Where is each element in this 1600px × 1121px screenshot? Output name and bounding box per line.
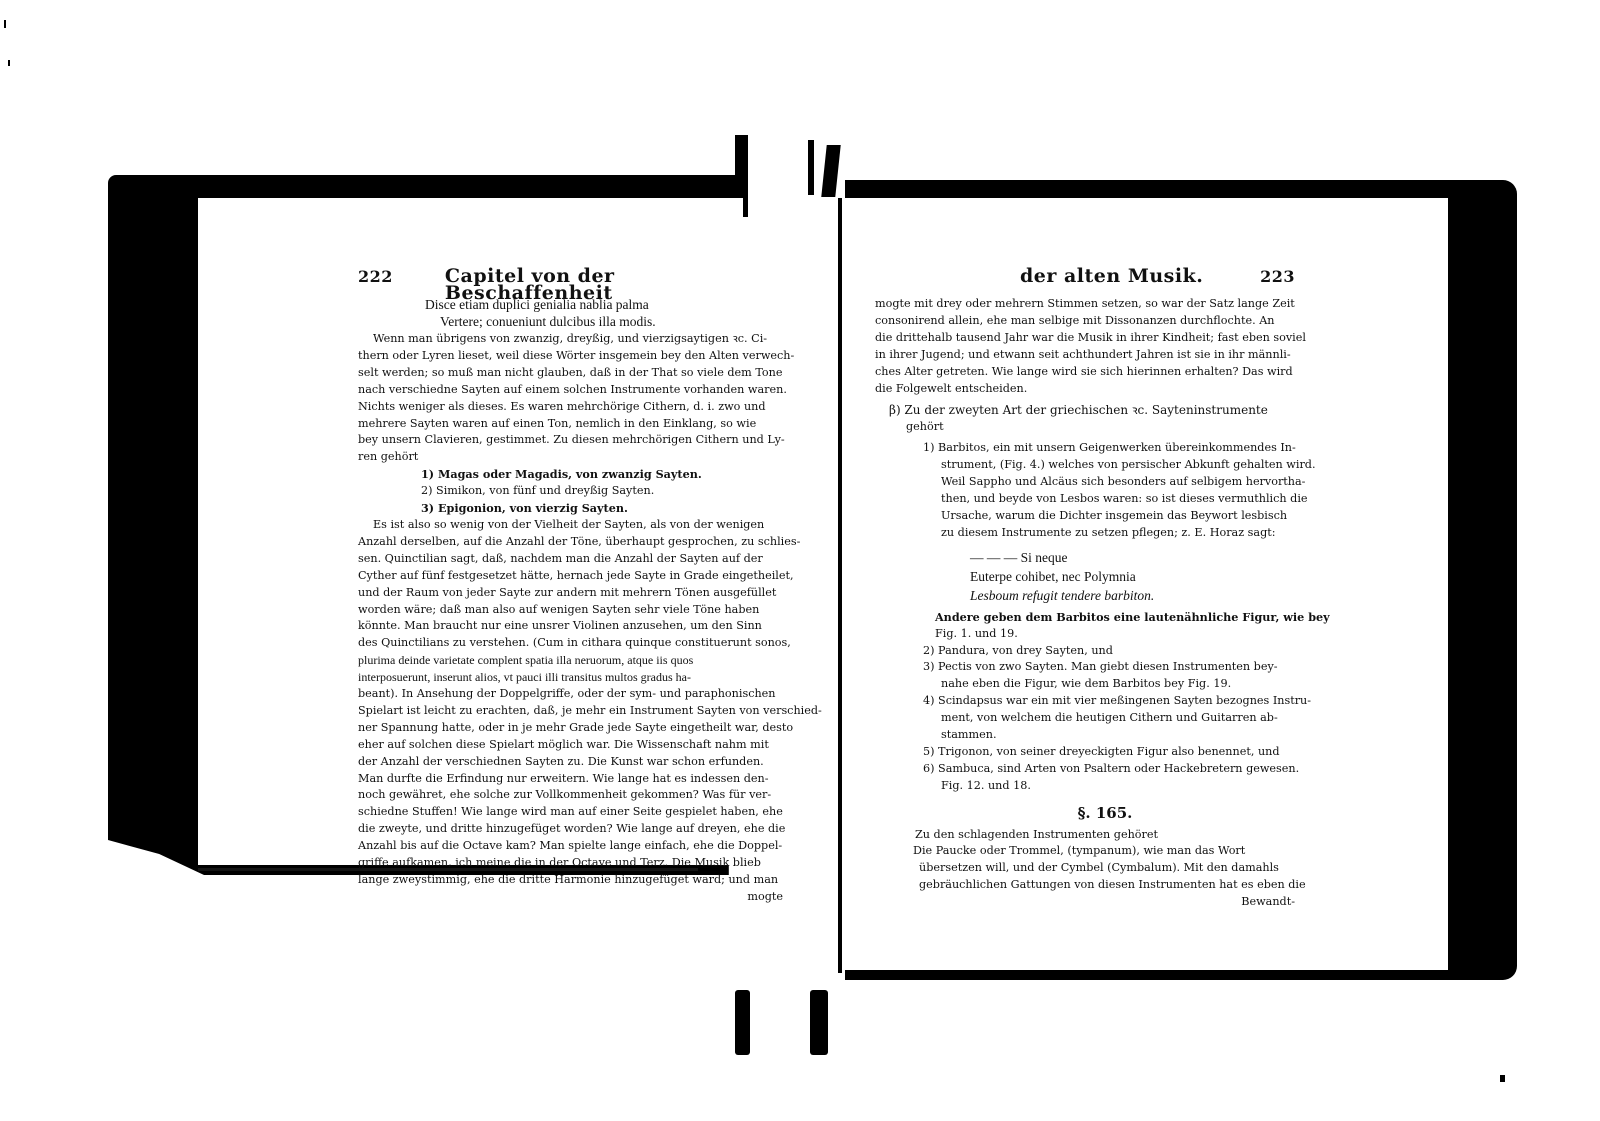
instrument-list: 1) Magas oder Magadis, von zwanzig Sayte… <box>421 466 788 517</box>
text-line: Es ist also so wenig von der Vielheit de… <box>358 517 788 534</box>
text-line: ren gehört <box>358 449 788 466</box>
list-item: 1) Magas oder Magadis, von zwanzig Sayte… <box>421 466 788 483</box>
horace-quote: — — — Si neque Euterpe cohibet, nec Poly… <box>970 548 1295 605</box>
paragraph: Wenn man übrigens von zwanzig, dreyßig, … <box>358 331 788 466</box>
text-line: eher auf solchen diese Spielart möglich … <box>358 737 788 754</box>
text-line: sen. Quinctilian sagt, daß, nachdem man … <box>358 551 788 568</box>
text-line: interposuerunt, inserunt alios, vt pauci… <box>358 669 788 686</box>
text-line: übersetzen will, und der Cymbel (Cymbalu… <box>919 860 1295 877</box>
scan-speck <box>4 20 6 28</box>
text-line: könnte. Man braucht nur eine unsrer Viol… <box>358 618 788 635</box>
list-item-continued: nahe eben die Figur, wie dem Barbitos be… <box>941 676 1295 693</box>
page-number: 223 <box>1260 269 1295 286</box>
gutter-mark <box>735 990 750 1055</box>
text-line: mogte mit drey oder mehrern Stimmen setz… <box>875 296 1295 313</box>
text-line: nach verschiedne Sayten auf einem solche… <box>358 382 788 399</box>
right-page-content: der alten Musik. 223 mogte mit drey oder… <box>875 268 1295 911</box>
text-line: gebräuchlichen Gattungen von diesen Inst… <box>919 877 1295 894</box>
list-item: 6) Sambuca, sind Arten von Psaltern oder… <box>923 761 1295 778</box>
verse-line: Vertere; conueniunt dulcibus illa modis. <box>440 314 788 331</box>
text-line: zu diesem Instrumente zu setzen pflegen;… <box>941 525 1295 542</box>
text-line: in ihrer Jugend; und etwann seit achthun… <box>875 347 1295 364</box>
text-line: beant). In Ansehung der Doppelgriffe, od… <box>358 686 788 703</box>
verse-line: Lesboum refugit tendere barbiton. <box>970 586 1295 605</box>
text-line: ner Spannung hatte, oder in je mehr Grad… <box>358 720 788 737</box>
text-line: Cyther auf fünf festgesetzet hätte, hern… <box>358 568 788 585</box>
text-line: strument, (Fig. 4.) welches von persisch… <box>941 457 1295 474</box>
paragraph: Es ist also so wenig von der Vielheit de… <box>358 517 788 889</box>
text-line: die drittehalb tausend Jahr war die Musi… <box>875 330 1295 347</box>
text-line: Nichts weniger als dieses. Es waren mehr… <box>358 399 788 416</box>
barbitos-item: 1) Barbitos, ein mit unsern Geigenwerken… <box>923 440 1295 541</box>
text-line: die Folgewelt entscheiden. <box>875 381 1295 398</box>
text-line: mehrere Sayten waren auf einen Ton, neml… <box>358 416 788 433</box>
text-line: consonirend allein, ehe man selbige mit … <box>875 313 1295 330</box>
right-page-gutter-line <box>838 198 842 973</box>
running-head-title: der alten Musik. <box>1020 268 1203 285</box>
scan-speck <box>8 60 10 66</box>
gutter-mark <box>821 145 840 197</box>
right-running-head: der alten Musik. 223 <box>875 268 1295 292</box>
text-line: Die Paucke oder Trommel, (tympanum), wie… <box>913 843 1295 860</box>
text-line: schiedne Stuffen! Wie lange wird man auf… <box>358 804 788 821</box>
list-item: 2) Pandura, von drey Sayten, und <box>923 643 1295 660</box>
beta-heading: β) Zu der zweyten Art der griechischen ꝛ… <box>889 402 1295 436</box>
gutter-mark <box>810 990 828 1055</box>
text-line: noch gewähret, ehe solche zur Vollkommen… <box>358 787 788 804</box>
list-item: 5) Trigonon, von seiner dreyeckigten Fig… <box>923 744 1295 761</box>
text-line: der Anzahl der verschiednen Sayten zu. D… <box>358 754 788 771</box>
list-item: 2) Simikon, von fünf und dreyßig Sayten. <box>421 483 788 500</box>
gutter-mark <box>808 140 814 195</box>
text-line: 1) Barbitos, ein mit unsern Geigenwerken… <box>923 440 1295 457</box>
paragraph: Die Paucke oder Trommel, (tympanum), wie… <box>913 843 1295 894</box>
catchword: mogte <box>358 889 788 906</box>
list-item-continued: ment, von welchem die heutigen Cithern u… <box>941 710 1295 727</box>
text-line: Man durfte die Erfindung nur erweitern. … <box>358 771 788 788</box>
list-item: 4) Scindapsus war ein mit vier meßingene… <box>923 693 1295 710</box>
text-line: Andere geben dem Barbitos eine lautenähn… <box>935 609 1295 626</box>
section-subheading: Zu den schlagenden Instrumenten gehöret <box>915 827 1295 844</box>
list-item: 3) Epigonion, von vierzig Sayten. <box>421 500 788 517</box>
left-spine-mark <box>735 135 748 195</box>
text-line: Spielart ist leicht zu erachten, daß, je… <box>358 703 788 720</box>
verse-line: Euterpe cohibet, nec Polymnia <box>970 567 1295 586</box>
instrument-list: 2) Pandura, von drey Sayten, und 3) Pect… <box>923 643 1295 795</box>
text-line: des Quinctilians zu verstehen. (Cum in c… <box>358 635 788 652</box>
text-line: und der Raum von jeder Sayte zur andern … <box>358 585 788 602</box>
verse-line: — — — Si neque <box>970 548 1295 567</box>
text-line: β) Zu der zweyten Art der griechischen ꝛ… <box>889 402 1295 419</box>
text-line: griffe aufkamen, ich meine die in der Oc… <box>358 855 788 872</box>
list-item: 3) Pectis von zwo Sayten. Man giebt dies… <box>923 659 1295 676</box>
text-line: ches Alter getreten. Wie lange wird sie … <box>875 364 1295 381</box>
left-running-head: 222 Capitel von der Beschaffenheit <box>358 268 788 292</box>
text-line: plurima deinde varietate complent spatia… <box>358 652 788 669</box>
paragraph: mogte mit drey oder mehrern Stimmen setz… <box>875 296 1295 397</box>
text-line: worden wäre; daß man also auf wenigen Sa… <box>358 602 788 619</box>
list-item-continued: Fig. 12. und 18. <box>941 778 1295 795</box>
latin-verse: Disce etiam duplici genialia nablia palm… <box>425 297 788 330</box>
list-item-continued: stammen. <box>941 727 1295 744</box>
scan-speck <box>1500 1075 1505 1082</box>
text-line: thern oder Lyren lieset, weil diese Wört… <box>358 348 788 365</box>
andere-paragraph: Andere geben dem Barbitos eine lautenähn… <box>935 609 1295 643</box>
section-number: §. 165. <box>915 805 1295 822</box>
text-line: Anzahl bis auf die Octave kam? Man spiel… <box>358 838 788 855</box>
page-number: 222 <box>358 269 393 286</box>
text-line: gehört <box>906 419 1295 436</box>
left-page-content: 222 Capitel von der Beschaffenheit Disce… <box>358 268 788 906</box>
text-line: lange zweystimmig, ehe die dritte Harmon… <box>358 872 788 889</box>
catchword: Bewandt- <box>875 894 1295 911</box>
text-line: Wenn man übrigens von zwanzig, dreyßig, … <box>358 331 788 348</box>
text-line: selt werden; so muß man nicht glauben, d… <box>358 365 788 382</box>
text-line: bey unsern Clavieren, gestimmet. Zu dies… <box>358 432 788 449</box>
text-line: Weil Sappho und Alcäus sich besonders au… <box>941 474 1295 491</box>
text-line: Anzahl derselben, auf die Anzahl der Tön… <box>358 534 788 551</box>
text-line: Ursache, warum die Dichter insgemein das… <box>941 508 1295 525</box>
text-line: die zweyte, und dritte hinzugefüget word… <box>358 821 788 838</box>
text-line: Fig. 1. und 19. <box>935 626 1295 643</box>
text-line: then, und beyde von Lesbos waren: so ist… <box>941 491 1295 508</box>
